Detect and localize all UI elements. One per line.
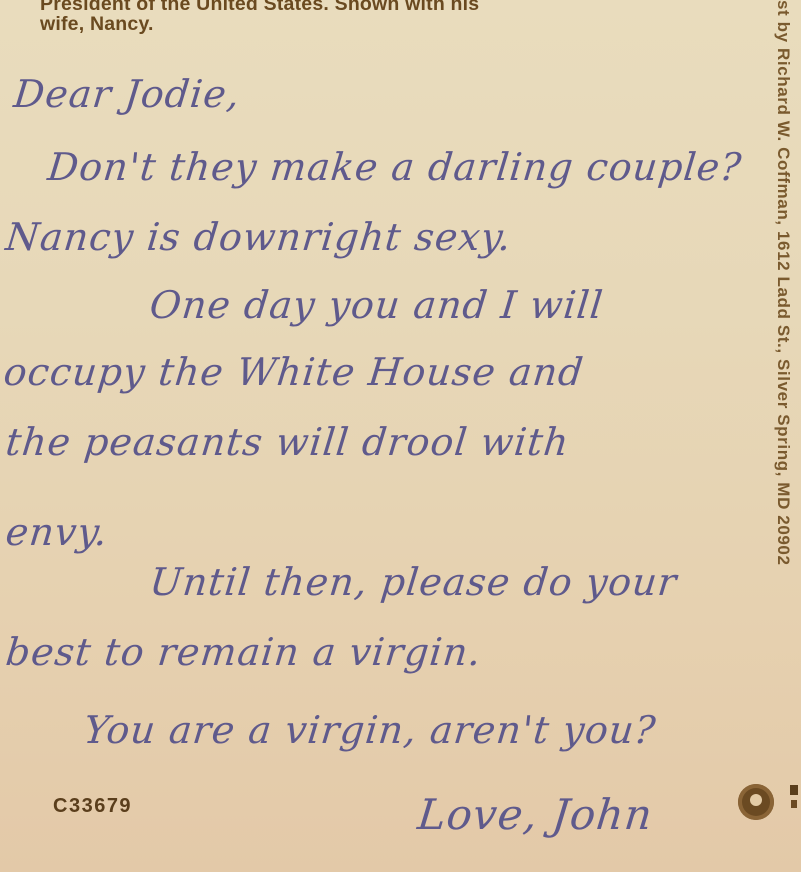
letter-line-5: the peasants will drool with xyxy=(4,420,572,464)
postcard-back: President of the United States. Shown wi… xyxy=(0,0,801,872)
postcard-caption: President of the United States. Shown wi… xyxy=(40,0,740,34)
caption-line-2: wife, Nancy. xyxy=(40,14,740,34)
caption-line-1: President of the United States. Shown wi… xyxy=(40,0,740,14)
letter-line-7: Until then, please do your xyxy=(148,560,680,604)
letter-closing: Love, John xyxy=(415,790,655,839)
letter-line-9: You are a virgin, aren't you? xyxy=(82,708,659,752)
letter-line-1: Don't they make a darling couple? xyxy=(46,145,744,189)
letter-line-8: best to remain a virgin. xyxy=(4,630,484,674)
publisher-seal-icon xyxy=(738,784,774,820)
letter-line-2: Nancy is downright sexy. xyxy=(4,215,514,259)
letter-line-4: occupy the White House and xyxy=(2,350,586,394)
print-mark-icon xyxy=(790,785,798,795)
letter-salutation: Dear Jodie, xyxy=(12,72,243,116)
letter-line-6: envy. xyxy=(4,510,111,554)
letter-line-3: One day you and I will xyxy=(148,283,606,327)
card-code: C33679 xyxy=(53,795,132,818)
publisher-credit: st by Richard W. Coffman, 1612 Ladd St.,… xyxy=(768,0,798,790)
publisher-credit-text: st by Richard W. Coffman, 1612 Ladd St.,… xyxy=(773,0,793,566)
print-mark-icon xyxy=(791,800,797,808)
